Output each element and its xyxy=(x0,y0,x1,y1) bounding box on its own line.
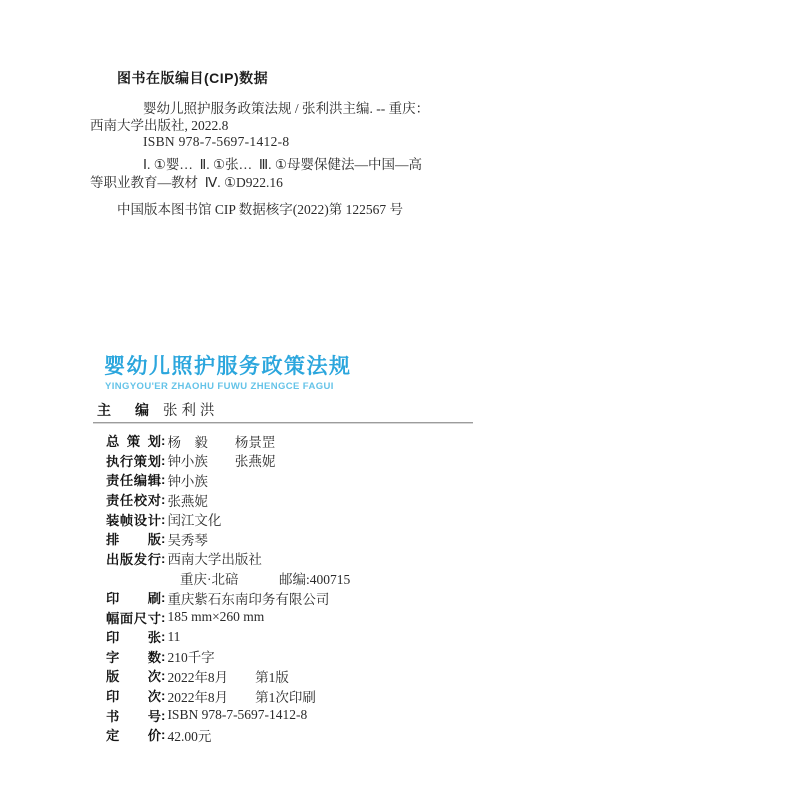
colophon-row: 定价:42.00元 xyxy=(106,725,526,745)
colophon-label: 字数 xyxy=(106,647,161,666)
cip-record-line: 中国版本图书馆 CIP 数据核字(2022)第 122567 号 xyxy=(117,202,403,219)
colophon-label: 出版发行 xyxy=(106,549,161,568)
colophon-value: 重庆·北碚 邮编:400715 xyxy=(108,568,350,588)
colophon-label: 幅面尺寸 xyxy=(106,608,161,627)
colophon-value: 西南大学出版社 xyxy=(167,548,262,568)
colophon-value: ISBN 978-7-5697-1412-8 xyxy=(167,707,307,723)
colophon-colon: : xyxy=(161,708,165,723)
colophon-value: 2022年8月 第1次印刷 xyxy=(167,686,316,706)
cip-class-line-1: Ⅰ. ①婴… Ⅱ. ①张… Ⅲ. ①母婴保健法—中国—高 xyxy=(143,157,422,174)
colophon-value: 210千字 xyxy=(167,646,214,666)
cip-publisher-line: 西南大学出版社, 2022.8 xyxy=(90,118,228,135)
colophon-colon: : xyxy=(161,727,165,742)
colophon-colon: : xyxy=(161,472,165,487)
horizontal-rule xyxy=(93,422,473,424)
colophon-label: 装帧设计 xyxy=(106,510,161,529)
colophon-value: 吴秀琴 xyxy=(167,529,208,549)
colophon-colon: : xyxy=(161,649,165,664)
colophon-value: 重庆紫石东南印务有限公司 xyxy=(167,588,329,608)
colophon-label: 印次 xyxy=(106,686,161,705)
colophon-label: 书号 xyxy=(106,706,161,725)
cip-title-line: 婴幼儿照护服务政策法规 / 张利洪主编. -- 重庆： xyxy=(143,101,429,118)
cip-heading: 图书在版编目(CIP)数据 xyxy=(117,70,268,88)
colophon-colon: : xyxy=(161,433,165,448)
colophon-colon: : xyxy=(161,492,165,507)
colophon-value: 钟小族 xyxy=(167,470,208,490)
cip-isbn-line: ISBN 978-7-5697-1412-8 xyxy=(143,134,289,151)
colophon-value: 185 mm×260 mm xyxy=(167,609,264,625)
colophon-label: 排版 xyxy=(106,529,161,548)
colophon-value: 2022年8月 第1版 xyxy=(167,666,289,686)
colophon-colon: : xyxy=(161,629,165,644)
colophon-label: 版次 xyxy=(106,666,161,685)
colophon-label: 责任编辑 xyxy=(106,470,161,489)
colophon-row: 出版发行:西南大学出版社 xyxy=(106,549,526,569)
colophon-value: 杨 毅 杨景罡 xyxy=(167,431,275,451)
colophon-row: 版次:2022年8月 第1版 xyxy=(106,666,526,686)
colophon-row: 书号:ISBN 978-7-5697-1412-8 xyxy=(106,705,526,725)
colophon-row: 印次:2022年8月 第1次印刷 xyxy=(106,686,526,706)
colophon-label: 印张 xyxy=(106,627,161,646)
colophon-value: 张燕妮 xyxy=(167,490,208,510)
colophon-colon: : xyxy=(161,668,165,683)
colophon-colon: : xyxy=(161,551,165,566)
book-title: 婴幼儿照护服务政策法规 xyxy=(104,356,352,377)
colophon-row: 印刷:重庆紫石东南印务有限公司 xyxy=(106,588,526,608)
colophon-row: 责任校对:张燕妮 xyxy=(106,490,526,510)
colophon-label: 执行策划 xyxy=(106,451,161,470)
colophon-row: 总策划:杨 毅 杨景罡 xyxy=(106,431,526,451)
colophon-block: 总策划:杨 毅 杨景罡执行策划:钟小族 张燕妮责任编辑:钟小族责任校对:张燕妮装… xyxy=(106,431,526,745)
colophon-row: 排版:吴秀琴 xyxy=(106,529,526,549)
cip-class-line-2: 等职业教育—教材 Ⅳ. ①D922.16 xyxy=(90,175,283,192)
colophon-row: 印张:11 xyxy=(106,627,526,647)
colophon-colon: : xyxy=(161,512,165,527)
colophon-label: 印刷 xyxy=(106,588,161,607)
editor-row: 主编张利洪 xyxy=(97,399,219,415)
editor-name: 张利洪 xyxy=(163,399,219,420)
colophon-value: 闰江文化 xyxy=(167,509,221,529)
colophon-value: 钟小族 张燕妮 xyxy=(167,450,275,470)
colophon-colon: : xyxy=(161,453,165,468)
colophon-row: 责任编辑:钟小族 xyxy=(106,470,526,490)
colophon-row: 装帧设计:闰江文化 xyxy=(106,509,526,529)
colophon-label: 责任校对 xyxy=(106,490,161,509)
colophon-row: 字数:210千字 xyxy=(106,647,526,667)
colophon-row: 执行策划:钟小族 张燕妮 xyxy=(106,451,526,471)
colophon-row: 幅面尺寸:185 mm×260 mm xyxy=(106,607,526,627)
colophon-colon: : xyxy=(161,590,165,605)
colophon-label: 定价 xyxy=(106,725,161,744)
colophon-colon: : xyxy=(161,531,165,546)
book-title-pinyin: YINGYOU'ER ZHAOHU FUWU ZHENGCE FAGUI xyxy=(105,382,334,392)
colophon-colon: : xyxy=(161,610,165,625)
colophon-value: 42.00元 xyxy=(167,725,211,745)
colophon-value: 11 xyxy=(167,629,180,645)
colophon-row: 重庆·北碚 邮编:400715 xyxy=(106,568,526,588)
colophon-colon: : xyxy=(161,688,165,703)
copyright-page: 图书在版编目(CIP)数据 婴幼儿照护服务政策法规 / 张利洪主编. -- 重庆… xyxy=(0,0,800,800)
editor-label: 主编 xyxy=(97,400,149,420)
colophon-label: 总策划 xyxy=(106,431,161,450)
